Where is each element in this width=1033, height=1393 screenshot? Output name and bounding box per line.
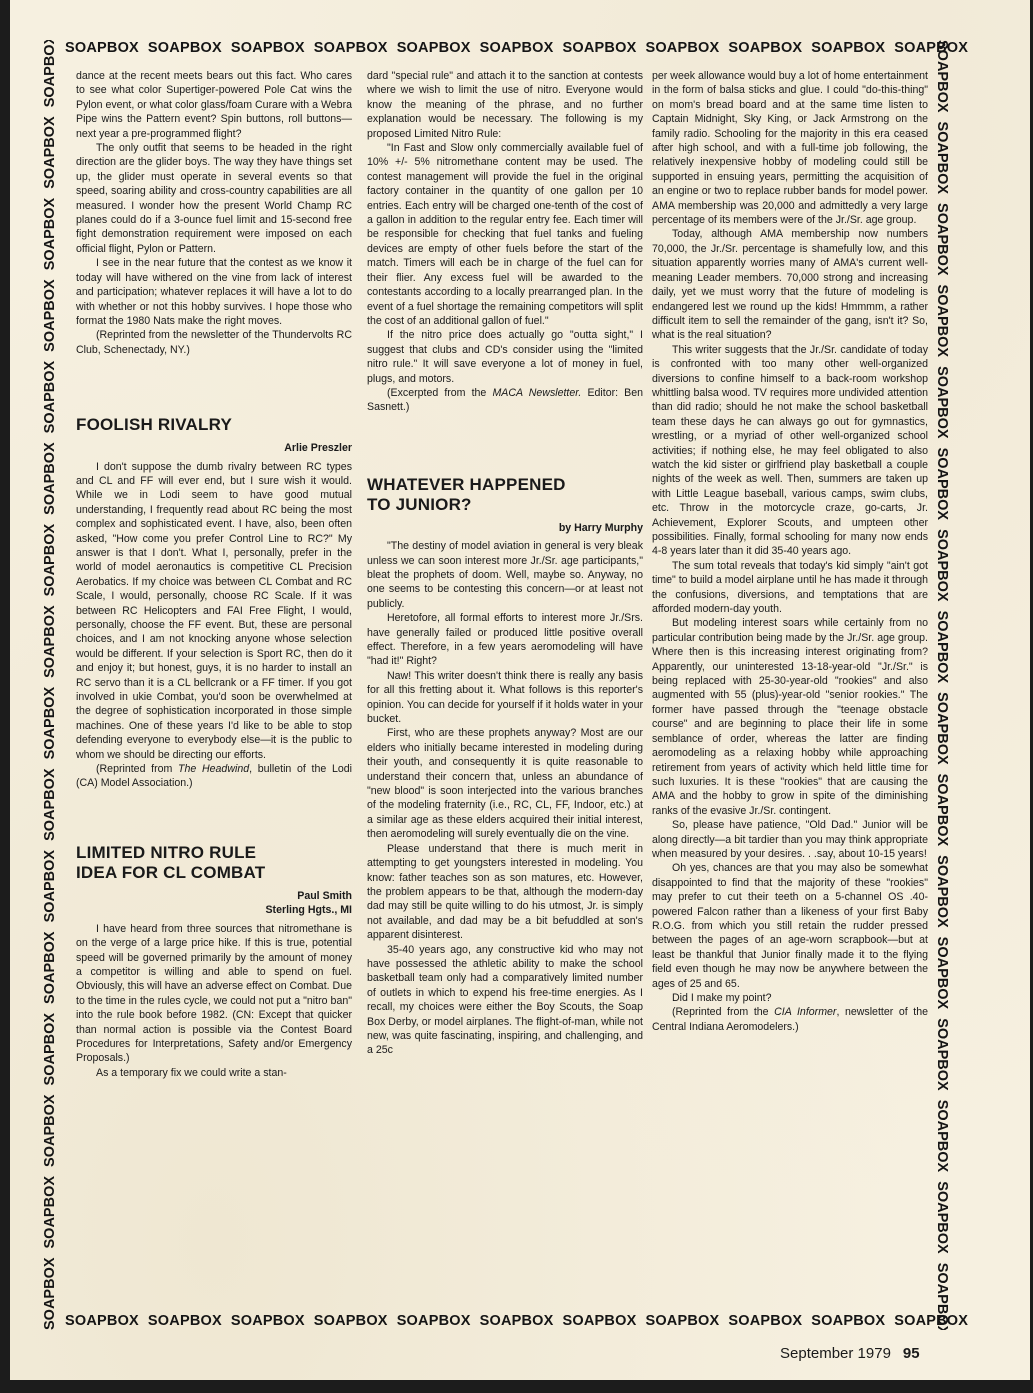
band-word: SOAPBOX (645, 1313, 719, 1329)
article-headline: WHATEVER HAPPENEDTO JUNIOR? (367, 475, 643, 515)
paragraph: "The destiny of model aviation in genera… (367, 539, 643, 611)
band-word: SOAPBOX (934, 1018, 950, 1091)
headline-line: LIMITED NITRO RULE (76, 843, 256, 862)
band-word: SOAPBOX (42, 1257, 58, 1330)
paragraph: First, who are these prophets anyway? Mo… (367, 726, 643, 841)
band-word: SOAPBOX (934, 448, 950, 521)
band-word: SOAPBOX (934, 1100, 950, 1173)
paragraph: The only outfit that seems to be headed … (76, 141, 352, 256)
band-word: SOAPBOX (42, 931, 58, 1004)
band-word: SOAPBOX (42, 768, 58, 841)
band-word: SOAPBOX (42, 687, 58, 760)
paragraph: This writer suggests that the Jr./Sr. ca… (652, 343, 928, 559)
paragraph: But modeling interest soars while certai… (652, 616, 928, 818)
band-word: SOAPBOX (934, 692, 950, 765)
article-foolish-rivalry: FOOLISH RIVALRY Arlie Preszler I don't s… (76, 415, 352, 791)
band-word: SOAPBOX (934, 1263, 950, 1330)
article-author: Arlie Preszler (76, 441, 352, 455)
band-word: SOAPBOX (934, 203, 950, 276)
paragraph: dard "special rule" and attach it to the… (367, 69, 643, 141)
publication-title: MACA Newsletter. (492, 387, 581, 399)
publication-title: CIA Informer (774, 1006, 836, 1018)
source-text: (Reprinted from (96, 763, 178, 775)
band-word: SOAPBOX (314, 40, 388, 56)
band-word: SOAPBOX (563, 40, 637, 56)
soapbox-band-right: SOAPBOXSOAPBOXSOAPBOXSOAPBOXSOAPBOXSOAPB… (932, 40, 952, 1330)
paragraph: As a temporary fix we could write a stan… (76, 1066, 352, 1080)
headline-line: IDEA FOR CL COMBAT (76, 863, 265, 882)
headline-line: WHATEVER HAPPENED (367, 475, 566, 494)
band-word: SOAPBOX (231, 40, 305, 56)
paragraph: per week allowance would buy a lot of ho… (652, 69, 928, 227)
band-word: SOAPBOX (65, 40, 139, 56)
paragraph: dance at the recent meets bears out this… (76, 69, 352, 141)
band-word: SOAPBOX (42, 524, 58, 597)
band-word: SOAPBOX (480, 40, 554, 56)
band-word: SOAPBOX (934, 937, 950, 1010)
band-word: SOAPBOX (934, 122, 950, 195)
band-word: SOAPBOX (42, 361, 58, 434)
page-number: 95 (903, 1345, 920, 1362)
band-word: SOAPBOX (148, 1313, 222, 1329)
paragraph: Naw! This writer doesn't think there is … (367, 669, 643, 727)
band-word: SOAPBOX (934, 529, 950, 602)
issue-date: September 1979 (780, 1345, 891, 1362)
band-word: SOAPBOX (42, 850, 58, 923)
band-word: SOAPBOX (42, 1094, 58, 1167)
source-text: (Reprinted from the (672, 1006, 774, 1018)
band-word: SOAPBOX (42, 279, 58, 352)
band-word: SOAPBOX (65, 1313, 139, 1329)
band-word: SOAPBOX (563, 1313, 637, 1329)
band-word: SOAPBOX (934, 1181, 950, 1254)
paragraph: If the nitro price does actually go "out… (367, 328, 643, 386)
band-word: SOAPBOX (480, 1313, 554, 1329)
paragraph: Did I make my point? (652, 991, 928, 1005)
article-limited-nitro-continued: dard "special rule" and attach it to the… (367, 69, 643, 415)
source-note: (Excerpted from the MACA Newsletter. Edi… (367, 386, 643, 415)
band-word: SOAPBOX (42, 198, 58, 271)
article-author: Paul Smith (76, 889, 352, 903)
band-word: SOAPBOX (148, 40, 222, 56)
article-whatever-happened-to-junior: WHATEVER HAPPENEDTO JUNIOR? by Harry Mur… (367, 475, 643, 1058)
article-limited-nitro: LIMITED NITRO RULEIDEA FOR CL COMBAT Pau… (76, 843, 352, 1080)
paragraph: I see in the near future that the contes… (76, 256, 352, 328)
publication-title: The Headwind (178, 763, 249, 775)
band-word: SOAPBOX (42, 1013, 58, 1086)
band-word: SOAPBOX (397, 40, 471, 56)
soapbox-band-bottom: SOAPBOXSOAPBOXSOAPBOXSOAPBOXSOAPBOXSOAPB… (65, 1313, 977, 1329)
soapbox-band-left: SOAPBOXSOAPBOXSOAPBOXSOAPBOXSOAPBOXSOAPB… (40, 40, 60, 1330)
paragraph: I don't suppose the dumb rivalry between… (76, 460, 352, 763)
band-word: SOAPBOX (231, 1313, 305, 1329)
source-note: (Reprinted from The Headwind, bulletin o… (76, 762, 352, 791)
band-word: SOAPBOX (42, 1176, 58, 1249)
band-word: SOAPBOX (728, 1313, 802, 1329)
paragraph: Heretofore, all formal efforts to intere… (367, 611, 643, 669)
paragraph: The sum total reveals that today's kid s… (652, 559, 928, 617)
band-word: SOAPBOX (934, 366, 950, 439)
paragraph: I have heard from three sources that nit… (76, 922, 352, 1066)
column-3: per week allowance would buy a lot of ho… (652, 69, 928, 1034)
paragraph: Today, although AMA membership now numbe… (652, 227, 928, 342)
paragraph: Oh yes, chances are that you may also be… (652, 861, 928, 991)
paragraph: 35-40 years ago, any constructive kid wh… (367, 943, 643, 1058)
paragraph: "In Fast and Slow only commercially avai… (367, 141, 643, 328)
band-word: SOAPBOX (811, 1313, 885, 1329)
author-location: Sterling Hgts., MI (76, 903, 352, 917)
band-word: SOAPBOX (397, 1313, 471, 1329)
band-word: SOAPBOX (934, 774, 950, 847)
band-word: SOAPBOX (42, 605, 58, 678)
article-thundervolts-continued: dance at the recent meets bears out this… (76, 69, 352, 357)
magazine-page: SOAPBOXSOAPBOXSOAPBOXSOAPBOXSOAPBOXSOAPB… (10, 0, 1030, 1380)
article-headline: FOOLISH RIVALRY (76, 415, 352, 435)
source-note: (Reprinted from the newsletter of the Th… (76, 328, 352, 357)
band-word: SOAPBOX (934, 611, 950, 684)
column-2: dard "special rule" and attach it to the… (367, 69, 643, 1058)
band-word: SOAPBOX (934, 285, 950, 358)
headline-line: TO JUNIOR? (367, 495, 472, 514)
band-word: SOAPBOX (934, 855, 950, 928)
paragraph: Please understand that there is much mer… (367, 842, 643, 943)
band-word: SOAPBOX (728, 40, 802, 56)
band-word: SOAPBOX (42, 442, 58, 515)
source-note: (Reprinted from the CIA Informer, newsle… (652, 1005, 928, 1034)
band-word: SOAPBOX (645, 40, 719, 56)
paragraph: So, please have patience, "Old Dad." Jun… (652, 818, 928, 861)
column-1: dance at the recent meets bears out this… (76, 69, 352, 1080)
soapbox-band-top: SOAPBOXSOAPBOXSOAPBOXSOAPBOXSOAPBOXSOAPB… (65, 40, 977, 56)
article-author: by Harry Murphy (367, 521, 643, 535)
band-word: SOAPBOX (811, 40, 885, 56)
band-word: SOAPBOX (42, 116, 58, 189)
band-word: SOAPBOX (42, 40, 58, 107)
page-footer: September 197995 (780, 1345, 920, 1362)
source-text: (Excerpted from the (387, 387, 492, 399)
band-word: SOAPBOX (314, 1313, 388, 1329)
band-word: SOAPBOX (934, 40, 950, 113)
article-headline: LIMITED NITRO RULEIDEA FOR CL COMBAT (76, 843, 352, 883)
